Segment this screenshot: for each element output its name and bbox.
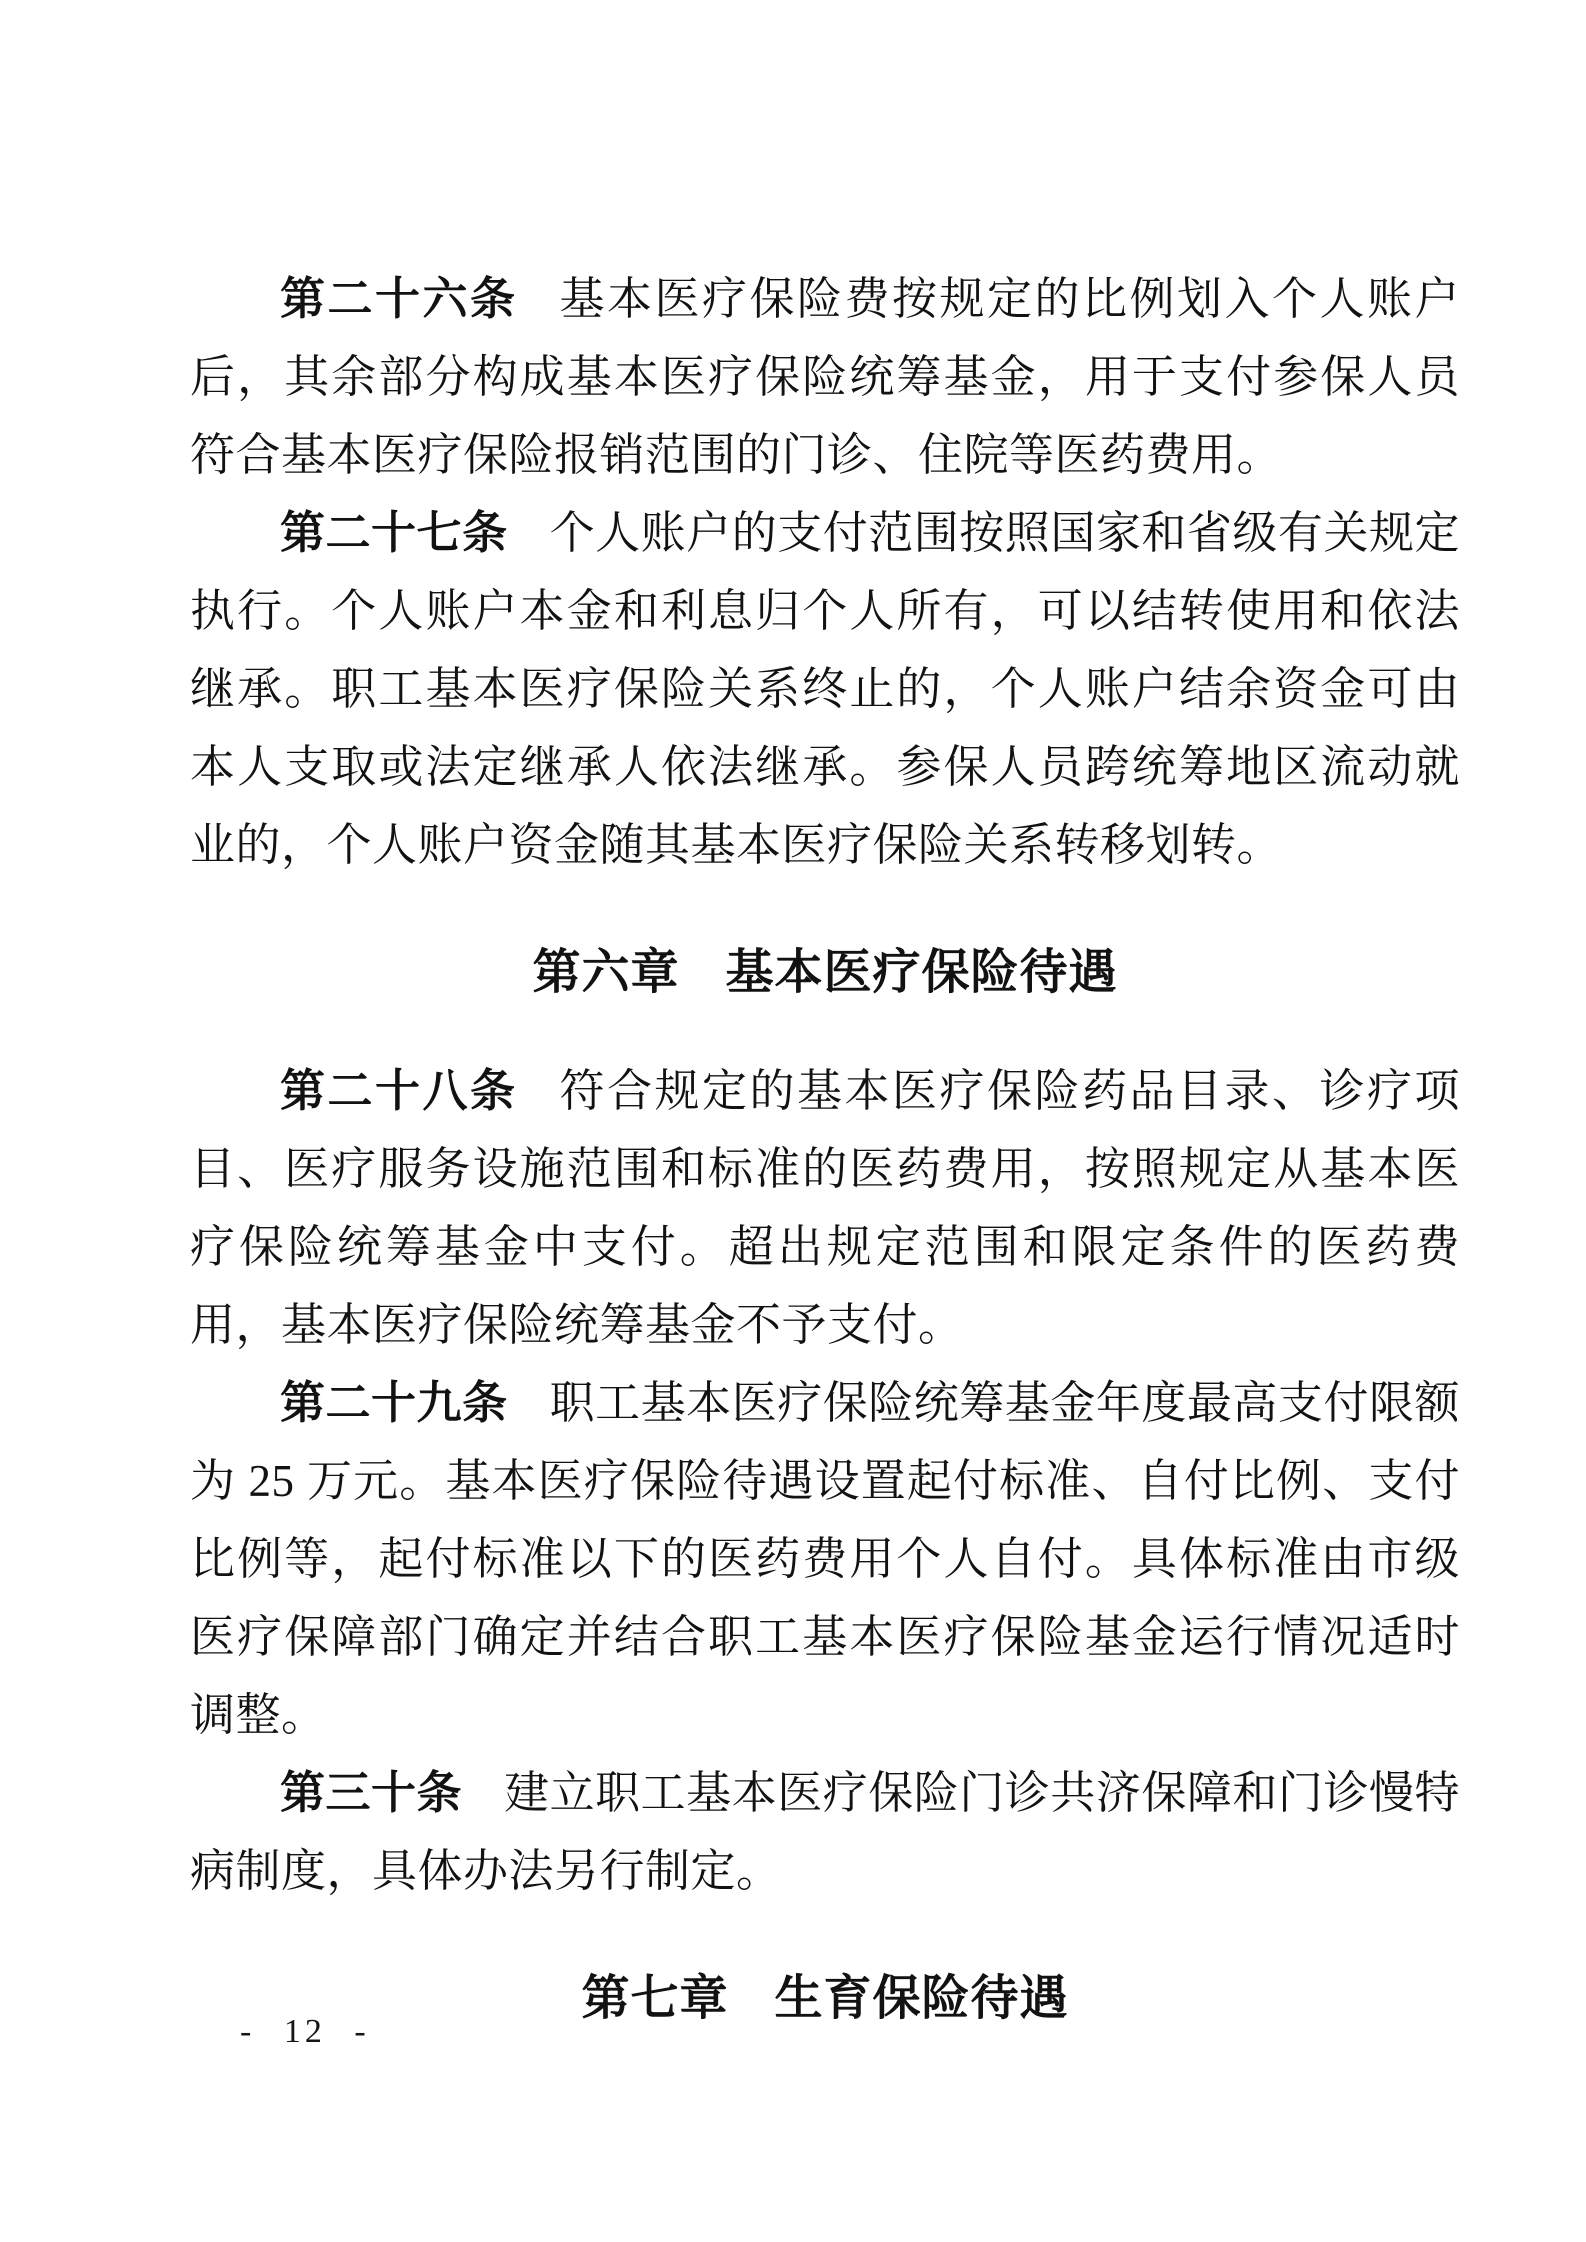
article-30-number: 第三十条 <box>280 1767 462 1818</box>
article-29-number: 第二十九条 <box>280 1377 508 1428</box>
article-30-paragraph: 第三十条建立职工基本医疗保险门诊共济保障和门诊慢特病制度，具体办法另行制定。 <box>190 1754 1460 1910</box>
article-29-paragraph: 第二十九条职工基本医疗保险统筹基金年度最高支付限额为 25 万元。基本医疗保险待… <box>190 1364 1460 1754</box>
article-27-text: 个人账户的支付范围按照国家和省级有关规定执行。个人账户本金和利息归个人所有，可以… <box>190 508 1460 870</box>
article-27-number: 第二十七条 <box>280 507 508 558</box>
chapter-6-number: 第六章 <box>532 946 679 999</box>
article-27-paragraph: 第二十七条个人账户的支付范围按照国家和省级有关规定执行。个人账户本金和利息归个人… <box>190 494 1460 884</box>
article-28-number: 第二十八条 <box>280 1065 518 1116</box>
article-28-paragraph: 第二十八条符合规定的基本医疗保险药品目录、诊疗项目、医疗服务设施范围和标准的医药… <box>190 1052 1460 1364</box>
article-26-paragraph: 第二十六条基本医疗保险费按规定的比例划入个人账户后，其余部分构成基本医疗保险统筹… <box>190 260 1460 494</box>
document-page: 第二十六条基本医疗保险费按规定的比例划入个人账户后，其余部分构成基本医疗保险统筹… <box>0 0 1586 2242</box>
chapter-7-heading: 第七章生育保险待遇 <box>190 1960 1460 2038</box>
chapter-6-title: 基本医疗保险待遇 <box>726 946 1118 999</box>
article-29-text: 职工基本医疗保险统筹基金年度最高支付限额为 25 万元。基本医疗保险待遇设置起付… <box>190 1378 1460 1740</box>
chapter-7-number: 第七章 <box>581 1972 728 2025</box>
page-number: - 12 - <box>240 2012 370 2052</box>
chapter-7-title: 生育保险待遇 <box>775 1972 1069 2025</box>
article-26-number: 第二十六条 <box>280 273 518 324</box>
chapter-6-heading: 第六章基本医疗保险待遇 <box>190 934 1460 1012</box>
